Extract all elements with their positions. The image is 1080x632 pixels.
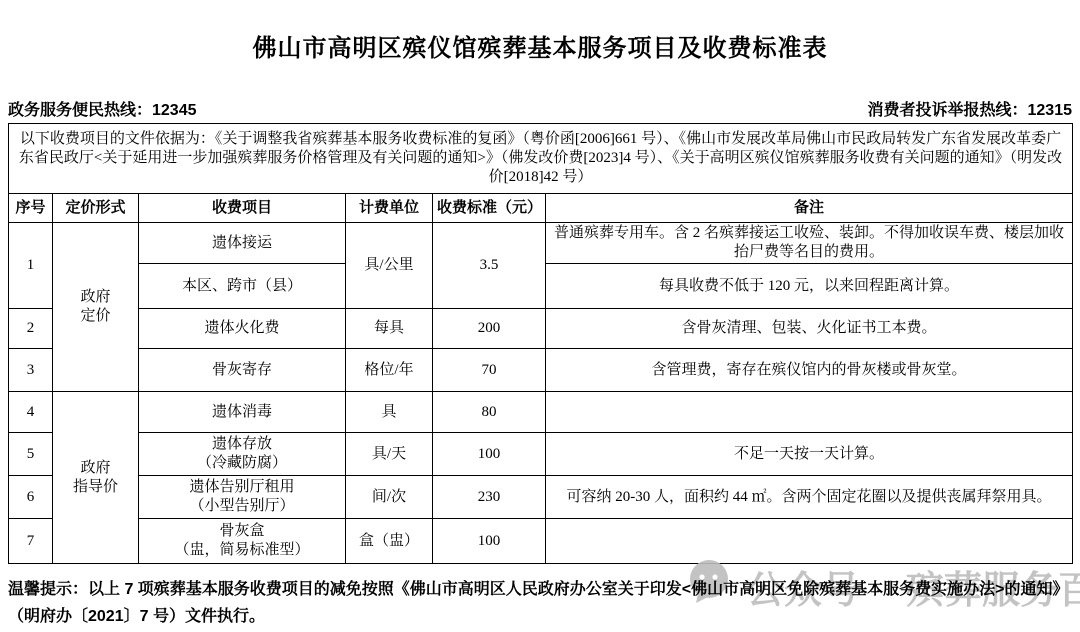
cell-no: 3 xyxy=(9,349,53,392)
cell-unit: 间/次 xyxy=(346,476,433,519)
table-row: 2 遗体火化费 每具 200 含骨灰清理、包装、火化证书工本费。 xyxy=(9,309,1073,349)
cell-remark: 含管理费，寄存在殡仪馆内的骨灰楼或骨灰堂。 xyxy=(546,349,1073,392)
table-row: 6 遗体告别厅租用 （小型告别厅） 间/次 230 可容纳 20-30 人，面积… xyxy=(9,476,1073,519)
cell-unit: 具/公里 xyxy=(346,223,433,309)
cell-pricing-government-guided: 政府 指导价 xyxy=(53,392,139,564)
cell-unit: 每具 xyxy=(346,309,433,349)
cell-no: 4 xyxy=(9,392,53,433)
basis-row: 以下收费项目的文件依据为：《关于调整我省殡葬基本服务收费标准的复函》（粤价函[2… xyxy=(9,124,1073,194)
cell-item: 遗体存放 （冷藏防腐） xyxy=(139,433,346,476)
cell-no: 2 xyxy=(9,309,53,349)
cell-item: 遗体告别厅租用 （小型告别厅） xyxy=(139,476,346,519)
cell-item: 骨灰盒 （盅，简易标准型） xyxy=(139,519,346,564)
cell-item: 骨灰寄存 xyxy=(139,349,346,392)
cell-remark: 普通殡葬专用车。含 2 名殡葬接运工收殓、装卸。不得加收误车费、楼层加收抬尸费等… xyxy=(546,223,1073,264)
table-row: 7 骨灰盒 （盅，简易标准型） 盒（盅） 100 xyxy=(9,519,1073,564)
cell-unit: 具/天 xyxy=(346,433,433,476)
fee-table: 以下收费项目的文件依据为：《关于调整我省殡葬基本服务收费标准的复函》（粤价函[2… xyxy=(8,123,1073,564)
cell-remark: 含骨灰清理、包装、火化证书工本费。 xyxy=(546,309,1073,349)
table-row: 4 政府 指导价 遗体消毒 具 80 xyxy=(9,392,1073,433)
cell-price: 200 xyxy=(433,309,546,349)
cell-pricing-government-priced: 政府 定价 xyxy=(53,223,139,392)
cell-remark: 可容纳 20-30 人，面积约 44 ㎡。含两个固定花圈以及提供丧属拜祭用具。 xyxy=(546,476,1073,519)
cell-price: 70 xyxy=(433,349,546,392)
hotline-bar: 政务服务便民热线：12345 消费者投诉举报热线：12315 xyxy=(8,97,1072,120)
cell-price: 100 xyxy=(433,519,546,564)
cell-no: 5 xyxy=(9,433,53,476)
table-row: 3 骨灰寄存 格位/年 70 含管理费，寄存在殡仪馆内的骨灰楼或骨灰堂。 xyxy=(9,349,1073,392)
header-row: 序号 定价形式 收费项目 计费单位 收费标准（元） 备注 xyxy=(9,194,1073,223)
col-header-no: 序号 xyxy=(9,194,53,223)
col-header-unit: 计费单位 xyxy=(346,194,433,223)
col-header-pricing-form: 定价形式 xyxy=(53,194,139,223)
table-row: 1 政府 定价 遗体接运 具/公里 3.5 普通殡葬专用车。含 2 名殡葬接运工… xyxy=(9,223,1073,264)
basis-note: 以下收费项目的文件依据为：《关于调整我省殡葬基本服务收费标准的复函》（粤价函[2… xyxy=(9,124,1073,194)
cell-remark: 不足一天按一天计算。 xyxy=(546,433,1073,476)
complaint-hotline: 消费者投诉举报热线：12315 xyxy=(868,97,1073,120)
cell-no: 1 xyxy=(9,223,53,309)
cell-unit: 格位/年 xyxy=(346,349,433,392)
col-header-item: 收费项目 xyxy=(139,194,346,223)
cell-no: 6 xyxy=(9,476,53,519)
cell-item: 本区、跨市（县） xyxy=(139,264,346,309)
service-hotline: 政务服务便民热线：12345 xyxy=(8,97,197,120)
cell-price: 80 xyxy=(433,392,546,433)
cell-item: 遗体消毒 xyxy=(139,392,346,433)
cell-remark xyxy=(546,392,1073,433)
document-page: 佛山市高明区殡仪馆殡葬基本服务项目及收费标准表 政务服务便民热线：12345 消… xyxy=(0,0,1080,632)
cell-price: 230 xyxy=(433,476,546,519)
cell-unit: 盒（盅） xyxy=(346,519,433,564)
col-header-price: 收费标准（元） xyxy=(433,194,546,223)
cell-item: 遗体火化费 xyxy=(139,309,346,349)
cell-no: 7 xyxy=(9,519,53,564)
table-row: 5 遗体存放 （冷藏防腐） 具/天 100 不足一天按一天计算。 xyxy=(9,433,1073,476)
cell-unit: 具 xyxy=(346,392,433,433)
footer-note: 温馨提示：以上 7 项殡葬基本服务收费项目的减免按照《佛山市高明区人民政府办公室… xyxy=(8,576,1072,630)
cell-remark: 每具收费不低于 120 元，以来回程距离计算。 xyxy=(546,264,1073,309)
cell-price: 3.5 xyxy=(433,223,546,309)
cell-item: 遗体接运 xyxy=(139,223,346,264)
page-title: 佛山市高明区殡仪馆殡葬基本服务项目及收费标准表 xyxy=(0,0,1080,63)
col-header-remark: 备注 xyxy=(546,194,1073,223)
cell-price: 100 xyxy=(433,433,546,476)
cell-remark xyxy=(546,519,1073,564)
